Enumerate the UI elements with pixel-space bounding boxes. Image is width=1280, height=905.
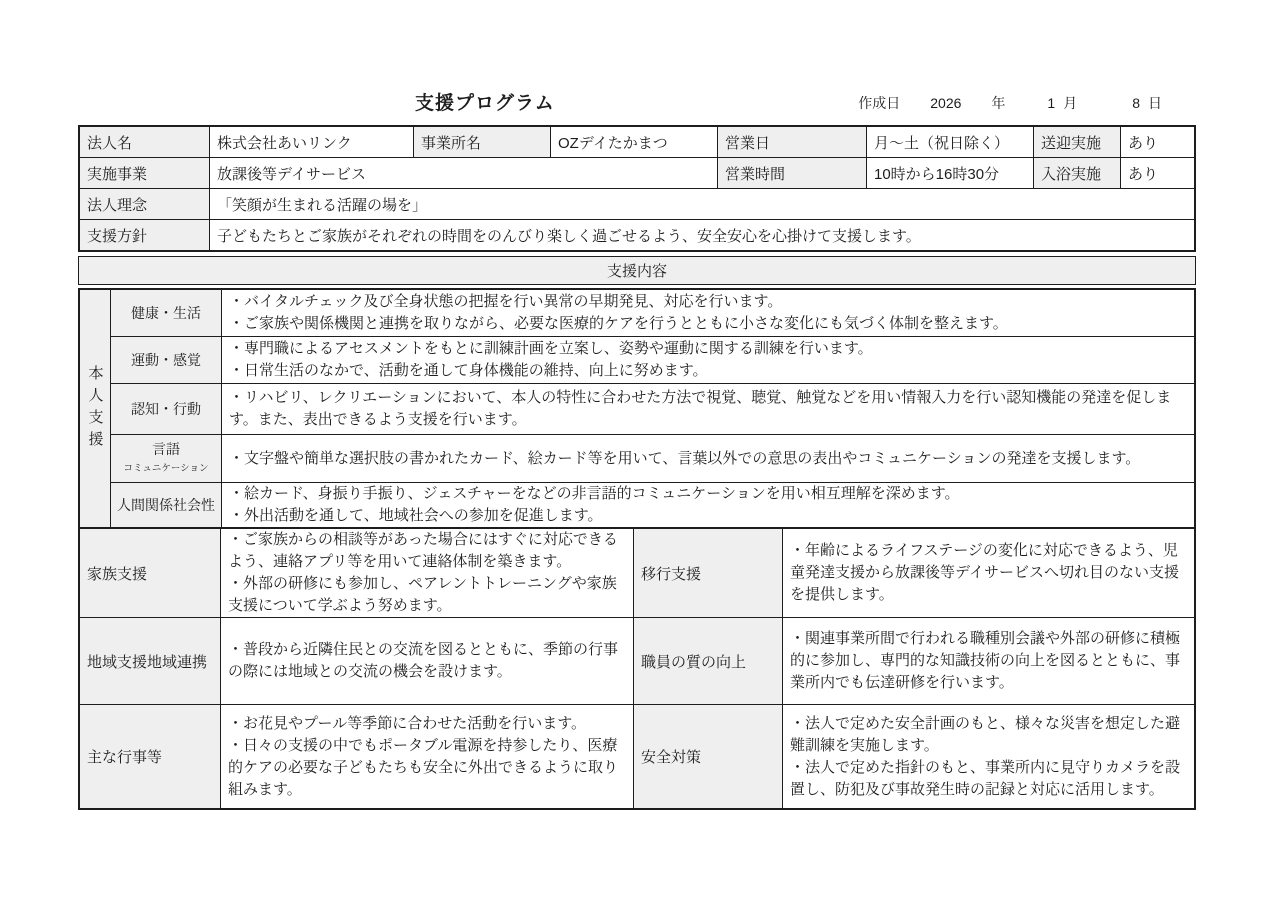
policy-value: 子どもたちとご家族がそれぞれの時間をのんびり楽しく過ごせるよう、安全安心を心掛け… bbox=[210, 220, 1194, 250]
office-name-value: OZデイたかまつ bbox=[551, 127, 717, 157]
facility-info-table: 法人名 株式会社あいリンク 事業所名 OZデイたかまつ 営業日 月～土（祝日除く… bbox=[78, 125, 1196, 252]
created-month-unit: 月 bbox=[1063, 93, 1077, 113]
community-support-label: 地域支援地域連携 bbox=[80, 618, 220, 704]
corp-name-value: 株式会社あいリンク bbox=[210, 127, 413, 157]
bath-label: 入浴実施 bbox=[1034, 158, 1120, 188]
business-type-label: 実施事業 bbox=[80, 158, 209, 188]
personal-support-table: 本人支援 健康・生活 ・バイタルチェック及び全身状態の把握を行い異常の早期発見、… bbox=[78, 288, 1196, 529]
transition-support-content: ・年齢によるライフステージの変化に対応できるよう、児童発達支援から放課後等デイサ… bbox=[783, 529, 1194, 617]
bullet-text: ・普段から近隣住民との交流を図るとともに、季節の行事の際には地域との交流の機会を… bbox=[228, 639, 626, 683]
bullet-text: ・ご家族や関係機関と連携を取りながら、必要な医療的ケアを行うとともに小さな変化に… bbox=[229, 313, 1187, 335]
bullet-text: ・外出活動を通して、地域社会への参加を促進します。 bbox=[229, 505, 1187, 527]
category-cognition-behavior: 認知・行動 bbox=[111, 384, 221, 434]
bullet-text: ・バイタルチェック及び全身状態の把握を行い異常の早期発見、対応を行います。 bbox=[229, 291, 1187, 313]
bullet-text: ・外部の研修にも参加し、ペアレントトレーニングや家族支援について学ぶよう努めます… bbox=[228, 573, 626, 617]
created-year-value: 2026 bbox=[930, 95, 961, 111]
created-day-unit: 日 bbox=[1148, 93, 1162, 113]
support-rows-table: 家族支援 ・ご家族からの相談等があった場合にはすぐに対応できるよう、連絡アプリ等… bbox=[78, 529, 1196, 810]
bullet-text: ・日常生活のなかで、活動を通して身体機能の維持、向上に努めます。 bbox=[229, 360, 1187, 382]
staff-quality-label: 職員の質の向上 bbox=[634, 618, 782, 704]
bullet-text: ・ご家族からの相談等があった場合にはすぐに対応できるよう、連絡アプリ等を用いて連… bbox=[228, 529, 626, 573]
business-type-value: 放課後等デイサービス bbox=[210, 158, 717, 188]
bath-value: あり bbox=[1121, 158, 1194, 188]
document-page: { "page": { "title": "支援プログラム", "created… bbox=[0, 0, 1280, 905]
main-events-content: ・お花見やプール等季節に合わせた活動を行います。 ・日々の支援の中でもポータブル… bbox=[221, 705, 633, 808]
page-title: 支援プログラム bbox=[415, 88, 555, 115]
document-header: 支援プログラム 作成日 2026 年 1 月 8 日 bbox=[78, 88, 1196, 125]
category-health-life: 健康・生活 bbox=[111, 290, 221, 336]
document-sheet: 支援プログラム 作成日 2026 年 1 月 8 日 法人名 株式会社あいリンク… bbox=[78, 88, 1196, 810]
content-cognition-behavior: ・リハビリ、レクリエーションにおいて、本人の特性に合わせた方法で視覚、聴覚、触覚… bbox=[222, 384, 1194, 434]
philosophy-label: 法人理念 bbox=[80, 189, 209, 219]
office-name-label: 事業所名 bbox=[414, 127, 550, 157]
bullet-text: ・関連事業所間で行われる職種別会議や外部の研修に積極的に参加し、専門的な知識技術… bbox=[790, 628, 1187, 694]
transition-support-label: 移行支援 bbox=[634, 529, 782, 617]
created-year-unit: 年 bbox=[991, 93, 1005, 113]
business-days-value: 月～土（祝日除く） bbox=[867, 127, 1033, 157]
bullet-text: ・日々の支援の中でもポータブル電源を持参したり、医療的ケアの必要な子どもたちも安… bbox=[228, 735, 626, 801]
category-motor-sense: 運動・感覚 bbox=[111, 337, 221, 383]
content-relations-social: ・絵カード、身振り手振り、ジェスチャーをなどの非言語的コミュニケーションを用い相… bbox=[222, 483, 1194, 527]
bullet-text: ・法人で定めた指針のもと、事業所内に見守りカメラを設置し、防犯及び事故発生時の記… bbox=[790, 757, 1187, 801]
policy-label: 支援方針 bbox=[80, 220, 209, 250]
family-support-label: 家族支援 bbox=[80, 529, 220, 617]
philosophy-value: 「笑顔が生まれる活躍の場を」 bbox=[210, 189, 1194, 219]
family-support-content: ・ご家族からの相談等があった場合にはすぐに対応できるよう、連絡アプリ等を用いて連… bbox=[221, 529, 633, 617]
bullet-text: ・リハビリ、レクリエーションにおいて、本人の特性に合わせた方法で視覚、聴覚、触覚… bbox=[229, 387, 1187, 431]
personal-support-vertical-label: 本人支援 bbox=[80, 290, 110, 527]
business-hours-value: 10時から16時30分 bbox=[867, 158, 1033, 188]
created-month-value: 1 bbox=[1047, 95, 1055, 111]
safety-measures-label: 安全対策 bbox=[634, 705, 782, 808]
content-motor-sense: ・専門職によるアセスメントをもとに訓練計画を立案し、姿勢や運動に関する訓練を行い… bbox=[222, 337, 1194, 383]
category-language-communication: 言語 コミュニケーション bbox=[111, 435, 221, 482]
bullet-text: ・お花見やプール等季節に合わせた活動を行います。 bbox=[228, 713, 626, 735]
category-relations-social: 人間関係社会性 bbox=[111, 483, 221, 527]
business-days-label: 営業日 bbox=[718, 127, 866, 157]
content-language-communication: ・文字盤や簡単な選択肢の書かれたカード、絵カード等を用いて、言葉以外での意思の表… bbox=[222, 435, 1194, 482]
main-events-label: 主な行事等 bbox=[80, 705, 220, 808]
safety-measures-content: ・法人で定めた安全計画のもと、様々な災害を想定した避難訓練を実施します。 ・法人… bbox=[783, 705, 1194, 808]
created-day-value: 8 bbox=[1132, 95, 1140, 111]
created-date: 作成日 2026 年 1 月 8 日 bbox=[858, 93, 1162, 113]
created-date-label: 作成日 bbox=[858, 93, 900, 113]
staff-quality-content: ・関連事業所間で行われる職種別会議や外部の研修に積極的に参加し、専門的な知識技術… bbox=[783, 618, 1194, 704]
bullet-text: ・文字盤や簡単な選択肢の書かれたカード、絵カード等を用いて、言葉以外での意思の表… bbox=[229, 448, 1187, 470]
pickup-label: 送迎実施 bbox=[1034, 127, 1120, 157]
content-health-life: ・バイタルチェック及び全身状態の把握を行い異常の早期発見、対応を行います。 ・ご… bbox=[222, 290, 1194, 336]
corp-name-label: 法人名 bbox=[80, 127, 209, 157]
community-support-content: ・普段から近隣住民との交流を図るとともに、季節の行事の際には地域との交流の機会を… bbox=[221, 618, 633, 704]
bullet-text: ・年齢によるライフステージの変化に対応できるよう、児童発達支援から放課後等デイサ… bbox=[790, 540, 1187, 606]
bullet-text: ・法人で定めた安全計画のもと、様々な災害を想定した避難訓練を実施します。 bbox=[790, 713, 1187, 757]
business-hours-label: 営業時間 bbox=[718, 158, 866, 188]
bullet-text: ・絵カード、身振り手振り、ジェスチャーをなどの非言語的コミュニケーションを用い相… bbox=[229, 483, 1187, 505]
pickup-value: あり bbox=[1121, 127, 1194, 157]
bullet-text: ・専門職によるアセスメントをもとに訓練計画を立案し、姿勢や運動に関する訓練を行い… bbox=[229, 338, 1187, 360]
support-content-section-header: 支援内容 bbox=[78, 256, 1196, 285]
